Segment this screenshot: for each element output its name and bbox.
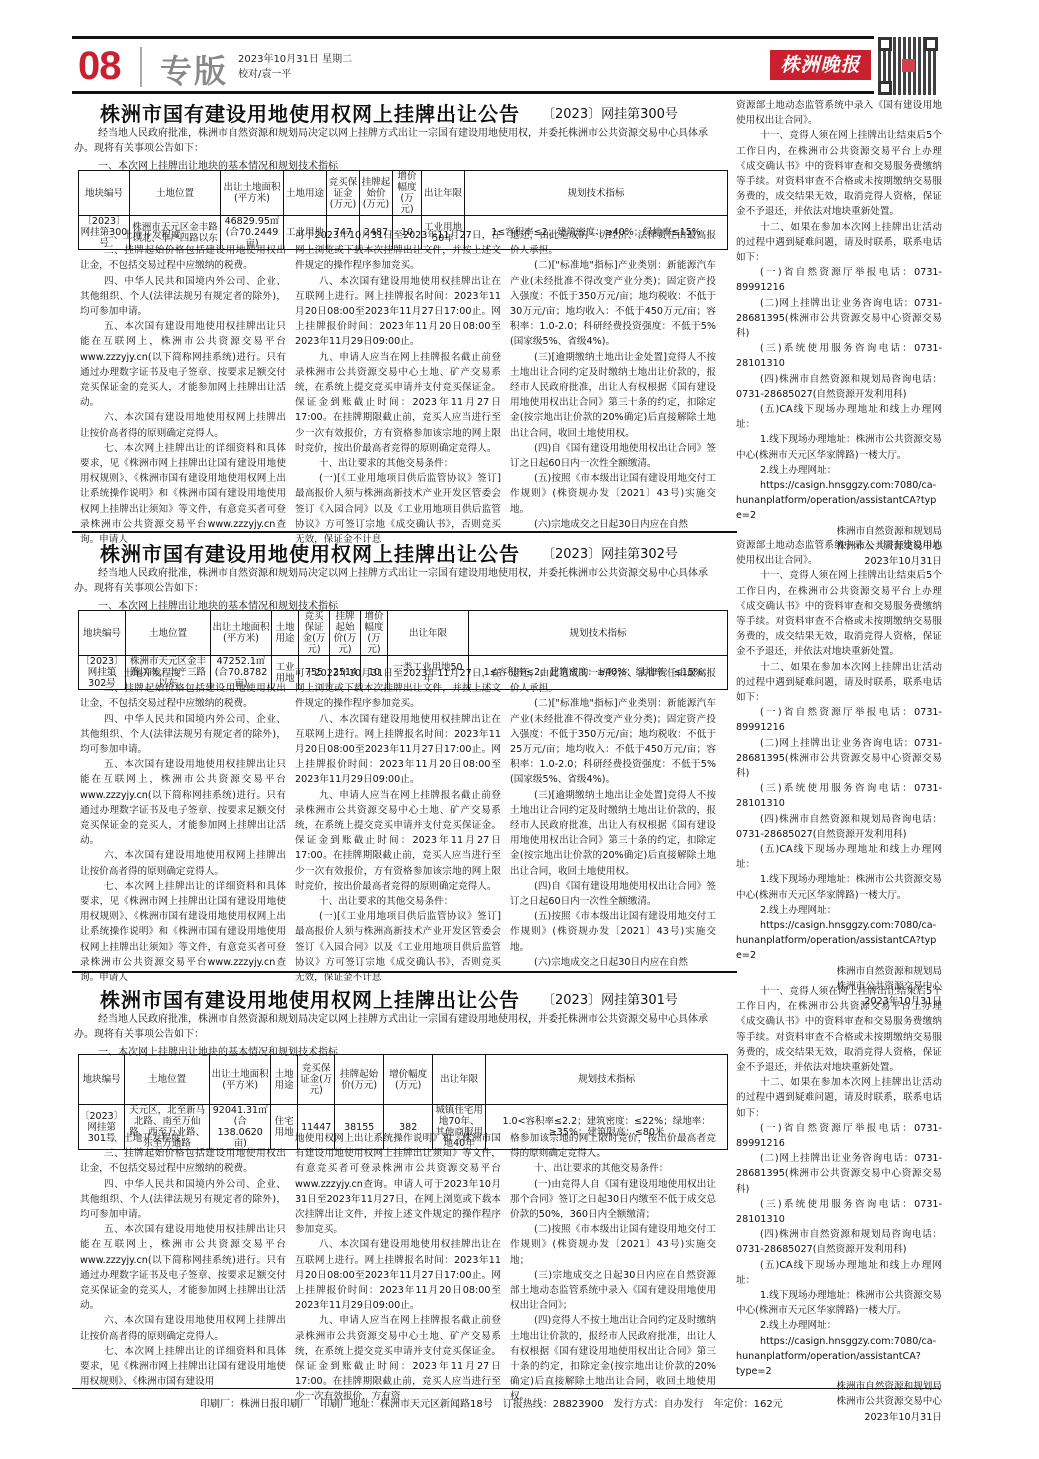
paragraph: 十、出让要求的其他交易条件： (510, 1161, 716, 1176)
notice-number: 〔2023〕网挂第300号 (542, 103, 678, 122)
paragraph: 1.线下现场办理地址：株洲市公共资源交易中心(株洲市天元区华家牌路)一楼大厅。 (736, 872, 942, 902)
notice-title: 株洲市国有建设用地使用权网上挂牌出让公告 (100, 984, 520, 1013)
paragraph: 四、中华人民共和国境内外公司、企业、其他组织、个人(法律法规另有规定者的除外)，… (80, 1177, 286, 1223)
paragraph: 二、土地开发程度： (80, 666, 286, 681)
paragraph: 1.线下现场办理地址：株洲市公共资源交易中心(株洲市天元区华家牌路)一楼大厅。 (736, 432, 942, 462)
qr-finder-icon (924, 37, 938, 51)
paragraph: (五)CA线下现场办理地址和线上办理网址： (736, 1258, 942, 1288)
table-header-row: 地块编号 土地位置 出让土地面积(平方米) 土地用途 竞买保证金(万元) 挂牌起… (79, 611, 728, 656)
paragraph: 五、本次国有建设用地使用权挂牌出让只能在互联网上，株洲市公共资源交易平台www.… (80, 1222, 286, 1313)
paragraph: 八、本次国有建设用地使用权挂牌出让在互联网上进行。网上挂牌报名时间：2023年1… (295, 274, 501, 350)
paragraph: 退还，由此造成的一切经济、法律责任由最高报价人承担。 (510, 228, 716, 258)
th-planning: 规划技术指标 (469, 611, 728, 656)
header-meta: 2023年10月31日 星期二 校对/袁一平 (238, 52, 352, 82)
section-title: 专版 (160, 46, 228, 92)
paragraph: (一)省自然资源厅举报电话：0731-89991216 (736, 705, 942, 735)
paragraph: 十一、竞得人须在网上挂牌出让结束后5个工作日内，在株洲市公共资源交易平台上办理《… (736, 128, 942, 219)
th-area: 出让土地面积(平方米) (210, 1055, 271, 1105)
page-number: 08 (78, 44, 121, 89)
th-term: 出让年限 (388, 611, 469, 656)
th-location: 土地位置 (130, 171, 221, 216)
th-location: 土地位置 (125, 1055, 210, 1105)
paragraph: 八、本次国有建设用地使用权挂牌出让在互联网上进行。网上挂牌报名时间：2023年1… (295, 712, 501, 788)
paragraph: 2.线上办理网址： (736, 903, 942, 918)
paragraph: 格参加该宗地的网上限时竞价，按出价最高者竞得的原则确定竞得人。 (510, 1131, 716, 1161)
notice-301: 株洲市国有建设用地使用权网上挂牌出让公告 〔2023〕网挂第301号 经当地人民… (72, 984, 942, 1384)
paragraph: 地使用权网上出让系统操作说明》和《株洲市国有建设用地使用权网上挂牌出让须知》等文… (295, 1131, 501, 1237)
paragraph: 二、土地开发程度： (80, 1131, 286, 1146)
paragraph: 九、申请人应当在网上挂牌报名截止前登录株洲市公共资源交易中心土地、矿产交易系统，… (295, 788, 501, 894)
th-start-price: 挂牌起始价(万元) (335, 1055, 384, 1105)
th-planning: 规划技术指标 (486, 1055, 728, 1105)
paragraph: (二)["标准地"指标]产业类别：新能源汽车产业(未经批准不得改变产业分类)；固… (510, 696, 716, 787)
paragraph: (四)自《国有建设用地使用权出让合同》签订之日起60日内一次性全额缴清。 (510, 441, 716, 471)
print-info-footer: 印刷厂：株洲日报印刷厂 印刷厂地址：株洲市天元区新闻路18号 订报热线：2882… (200, 1395, 783, 1410)
paragraph: (一)[《工业用地项目供后监管协议》签订]最高报价人须与株洲高新技术产业开发区管… (295, 471, 501, 547)
paragraph: 2.线上办理网址： (736, 1318, 942, 1333)
link-ca-platform[interactable]: https://casign.hnsggzy.com:7080/ca-hunan… (736, 478, 942, 524)
paragraph: 资源部土地动态监管系统中录入《国有建设用地使用权出让合同》。 (736, 98, 942, 128)
paragraph: 五、本次国有建设用地使用权挂牌出让只能在互联网上，株洲市公共资源交易平台www.… (80, 757, 286, 848)
paragraph: 资源部土地动态监管系统中录入《国有建设用地使用权出让合同》。 (736, 538, 942, 568)
notice-column-4: 十一、竞得人须在网上挂牌出让结束后5个工作日内，在株洲市公共资源交易平台上办理《… (736, 984, 942, 1425)
th-parcel-id: 地块编号 (79, 171, 130, 216)
paragraph: 三、挂牌起始价格包括建设用地使用权出让金，不包括交易过程中应缴纳的税费。 (80, 243, 286, 273)
footer-rule (72, 1388, 940, 1389)
paragraph: (二)按照《市本级出让国有建设用地交付工作规则》(株资规办发〔2021〕43号)… (510, 1222, 716, 1268)
signature-date: 2023年10月31日 (736, 1410, 942, 1425)
paragraph: (三)宗地成交之日起30日内应在自然资源部土地动态监管系统中录入《国有建设用地使… (510, 1268, 716, 1314)
th-increment: 增价幅度(万元) (361, 611, 388, 656)
paragraph: (六)宗地成交之日起30日内应在自然 (510, 955, 716, 970)
paragraph: (二)["标准地"指标]产业类别：新能源汽车产业(未经批准不得改变产业分类)；固… (510, 258, 716, 349)
header-divider (140, 47, 142, 87)
notice-302: 株洲市国有建设用地使用权网上挂牌出让公告 〔2023〕网挂第302号 经当地人民… (72, 538, 942, 968)
th-term: 出让年限 (433, 1055, 486, 1105)
notice-intro: 经当地人民政府批准，株洲市自然资源和规划局决定以网上挂牌方式出让一宗国有建设用地… (74, 1012, 714, 1042)
notice-column-1: 二、土地开发程度： 三、挂牌起始价格包括建设用地使用权出让金，不包括交易过程中应… (80, 1131, 286, 1389)
paragraph: 二、土地开发程度： (80, 228, 286, 243)
paragraph: 三、挂牌起始价格包括建设用地使用权出让金，不包括交易过程中应缴纳的税费。 (80, 681, 286, 711)
paragraph: 十二、如果在参加本次网上挂牌出让活动的过程中遇到疑难问题，请及时联系，联系电话如… (736, 1075, 942, 1121)
link-ca-platform[interactable]: https://casign.hnsggzy.com:7080/ca-hunan… (736, 918, 942, 964)
notice-divider (72, 971, 737, 973)
paragraph: 六、本次国有建设用地使用权网上挂牌出让按价高者得的原则确定竞得人。 (80, 410, 286, 440)
paragraph: 2.线上办理网址： (736, 463, 942, 478)
paragraph: 七、本次网上挂牌出让的详细资料和具体要求，见《株洲市网上挂牌出让国有建设用地使用… (80, 879, 286, 985)
notice-column-1: 二、土地开发程度： 三、挂牌起始价格包括建设用地使用权出让金，不包括交易过程中应… (80, 666, 286, 985)
paragraph: 退还，由此造成的一切经济、法律责任由最高报价人承担。 (510, 666, 716, 696)
table-header-row: 地块编号 土地位置 出让土地面积(平方米) 土地用途 竞买保证金(万元) 挂牌起… (79, 171, 728, 216)
paragraph: (六)宗地成交之日起30日内应在自然 (510, 517, 716, 532)
notice-column-4: 资源部土地动态监管系统中录入《国有建设用地使用权出让合同》。 十一、竞得人须在网… (736, 98, 942, 569)
qr-finder-icon (878, 37, 892, 51)
paragraph: (三)[逾期缴纳土地出让金处置]竞得人不按土地出让合同约定及时缴纳土地出让价款的… (510, 788, 716, 879)
paragraph: (一)[《工业用地项目供后监管协议》签订]最高报价人须与株洲高新技术产业开发区管… (295, 909, 501, 985)
paragraph: 四、中华人民共和国境内外公司、企业、其他组织、个人(法律法规另有规定者的除外)，… (80, 274, 286, 320)
th-start-price: 挂牌起始价(万元) (360, 171, 393, 216)
notice-column-1: 二、土地开发程度： 三、挂牌起始价格包括建设用地使用权出让金，不包括交易过程中应… (80, 228, 286, 547)
th-location: 土地位置 (126, 611, 211, 656)
paragraph: https://casign.hnsggzy.com:7080/ca-hunan… (736, 1334, 942, 1380)
paragraph: (四)自《国有建设用地使用权出让合同》签订之日起60日内一次性全额缴清。 (510, 879, 716, 909)
signature-bureau: 株洲市自然资源和规划局 (736, 1379, 942, 1394)
qr-finder-icon (878, 81, 892, 95)
qr-code-icon (878, 37, 938, 95)
notice-300: 株洲市国有建设用地使用权网上挂牌出让公告 〔2023〕网挂第300号 经当地人民… (72, 98, 942, 528)
paragraph: (一)省自然资源厅举报电话：0731-89991216 (736, 265, 942, 295)
paragraph: 九、申请人应当在网上挂牌报名截止前登录株洲市公共资源交易中心土地、矿产交易系统，… (295, 1313, 501, 1404)
paragraph: (二)网上挂牌出让业务咨询电话：0731-28681395(株洲市公共资源交易中… (736, 296, 942, 342)
notice-column-2: 可于2023年10月31日至2023年11月27日，在网上浏览或下载本次挂牌出让… (295, 228, 501, 547)
paragraph: (一)由竞得人自《国有建设用地使用权出让那个合同》签订之日起30日内缴至不低于成… (510, 1177, 716, 1223)
paragraph: 十一、竞得人须在网上挂牌出让结束后5个工作日内，在株洲市公共资源交易平台上办理《… (736, 568, 942, 659)
notice-column-4: 资源部土地动态监管系统中录入《国有建设用地使用权出让合同》。 十一、竞得人须在网… (736, 538, 942, 1009)
th-deposit: 竞买保证金(万元) (299, 611, 330, 656)
th-term: 出让年限 (422, 171, 465, 216)
paragraph: 三、挂牌起始价格包括建设用地使用权出让金，不包括交易过程中应缴纳的税费。 (80, 1146, 286, 1176)
paragraph: 六、本次国有建设用地使用权网上挂牌出让按价高者得的原则确定竞得人。 (80, 848, 286, 878)
th-parcel-id: 地块编号 (79, 611, 126, 656)
notice-column-2: 可于2023年10月31日至2023年11月27日，在网上浏览或下载本次挂牌出让… (295, 666, 501, 985)
paragraph: (三)系统使用服务咨询电话：0731-28101310 (736, 1197, 942, 1227)
th-use: 土地用途 (284, 171, 327, 216)
paragraph: 九、申请人应当在网上挂牌报名截止前登录株洲市公共资源交易中心土地、矿产交易系统，… (295, 350, 501, 456)
th-use: 土地用途 (272, 611, 299, 656)
qr-logo-icon (902, 59, 915, 72)
notice-title: 株洲市国有建设用地使用权网上挂牌出让公告 (100, 538, 520, 567)
th-use: 土地用途 (271, 1055, 298, 1105)
notice-column-3: 退还，由此造成的一切经济、法律责任由最高报价人承担。 (二)["标准地"指标]产… (510, 228, 716, 532)
paragraph: 十二、如果在参加本次网上挂牌出让活动的过程中遇到疑难问题，请及时联系，联系电话如… (736, 660, 942, 706)
th-parcel-id: 地块编号 (79, 1055, 125, 1105)
notice-intro: 经当地人民政府批准，株洲市自然资源和规划局决定以网上挂牌方式出让一宗国有建设用地… (74, 126, 714, 156)
notice-column-3: 退还，由此造成的一切经济、法律责任由最高报价人承担。 (二)["标准地"指标]产… (510, 666, 716, 970)
paragraph: (五)按照《市本级出让国有建设用地交付工作规则》(株资规办发〔2021〕43号)… (510, 471, 716, 517)
th-increment: 增价幅度(万元) (393, 171, 422, 216)
paragraph: 可于2023年10月31日至2023年11月27日，在网上浏览或下载本次挂牌出让… (295, 228, 501, 274)
paragraph: (二)网上挂牌出让业务咨询电话：0731-28681395(株洲市公共资源交易中… (736, 1151, 942, 1197)
paragraph: (四)竞得人不按土地出让合同约定及时缴纳土地出让价款的，报经市人民政府批准，出让… (510, 1313, 716, 1404)
paragraph: (二)网上挂牌出让业务咨询电话：0731-28681395(株洲市公共资源交易中… (736, 736, 942, 782)
notice-intro: 经当地人民政府批准，株洲市自然资源和规划局决定以网上挂牌方式出让一宗国有建设用地… (74, 566, 714, 596)
paragraph: 十二、如果在参加本次网上挂牌出让活动的过程中遇到疑难问题，请及时联系，联系电话如… (736, 220, 942, 266)
notice-column-2: 地使用权网上出让系统操作说明》和《株洲市国有建设用地使用权网上挂牌出让须知》等文… (295, 1131, 501, 1405)
signature-bureau: 株洲市自然资源和规划局 (736, 964, 942, 979)
th-increment: 增价幅度(万元) (384, 1055, 433, 1105)
paragraph: (三)[逾期缴纳土地出让金处置]竞得人不按土地出让合同约定及时缴纳土地出让价款的… (510, 350, 716, 441)
paragraph: (五)CA线下现场办理地址和线上办理网址： (736, 402, 942, 432)
notice-column-3: 格参加该宗地的网上限时竞价，按出价最高者竞得的原则确定竞得人。 十、出让要求的其… (510, 1131, 716, 1405)
th-area: 出让土地面积(平方米) (221, 171, 284, 216)
signature-bureau: 株洲市自然资源和规划局 (736, 524, 942, 539)
paragraph: 四、中华人民共和国境内外公司、企业、其他组织、个人(法律法规另有规定者的除外)，… (80, 712, 286, 758)
issue-date: 2023年10月31日 星期二 (238, 52, 352, 67)
paragraph: (四)株洲市自然资源和规划局咨询电话：0731-28685027(自然资源开发利… (736, 372, 942, 402)
proofreader: 校对/袁一平 (238, 67, 352, 82)
newspaper-logo: 株洲晚报 (770, 50, 871, 80)
th-deposit: 竞买保证金(万元) (327, 171, 360, 216)
paragraph: 1.线下现场办理地址：株洲市公共资源交易中心(株洲市天元区华家牌路)一楼大厅。 (736, 1288, 942, 1318)
paragraph: 可于2023年10月31日至2023年11月27日，在网上浏览或下载本次挂牌出让… (295, 666, 501, 712)
paragraph: (一)省自然资源厅举报电话：0731-89991216 (736, 1121, 942, 1151)
paragraph: (四)株洲市自然资源和规划局咨询电话：0731-28685027(自然资源开发利… (736, 812, 942, 842)
header-top-rule (72, 36, 874, 39)
paragraph: (五)按照《市本级出让国有建设用地交付工作规则》(株资规办发〔2021〕43号)… (510, 909, 716, 955)
paragraph: (三)系统使用服务咨询电话：0731-28101310 (736, 781, 942, 811)
paragraph: 五、本次国有建设用地使用权挂牌出让只能在互联网上，株洲市公共资源交易平台www.… (80, 319, 286, 410)
th-area: 出让土地面积(平方米) (211, 611, 272, 656)
paragraph: (三)系统使用服务咨询电话：0731-28101310 (736, 341, 942, 371)
notice-number: 〔2023〕网挂第301号 (542, 989, 678, 1008)
th-planning: 规划技术指标 (465, 171, 728, 216)
notice-divider (72, 531, 737, 533)
th-start-price: 挂牌起始价(万元) (330, 611, 361, 656)
notice-title: 株洲市国有建设用地使用权网上挂牌出让公告 (100, 98, 520, 127)
table-header-row: 地块编号 土地位置 出让土地面积(平方米) 土地用途 竞买保证金(万元) 挂牌起… (79, 1055, 728, 1105)
notice-number: 〔2023〕网挂第302号 (542, 543, 678, 562)
paragraph: 八、本次国有建设用地使用权挂牌出让在互联网上进行。网上挂牌报名时间：2023年1… (295, 1237, 501, 1313)
paragraph: 六、本次国有建设用地使用权网上挂牌出让按价高者得的原则确定竞得人。 (80, 1313, 286, 1343)
paragraph: 十、出让要求的其他交易条件： (295, 456, 501, 471)
header-bottom-rule (72, 91, 874, 94)
paragraph: (五)CA线下现场办理地址和线上办理网址： (736, 842, 942, 872)
paragraph: 十一、竞得人须在网上挂牌出让结束后5个工作日内，在株洲市公共资源交易平台上办理《… (736, 984, 942, 1075)
paragraph: 七、本次网上挂牌出让的详细资料和具体要求，见《株洲市网上挂牌出让国有建设用地使用… (80, 1344, 286, 1390)
paragraph: 十、出让要求的其他交易条件： (295, 894, 501, 909)
paragraph: (四)株洲市自然资源和规划局咨询电话：0731-28685027(自然资源开发利… (736, 1227, 942, 1257)
th-deposit: 竞买保证金(万元) (298, 1055, 335, 1105)
